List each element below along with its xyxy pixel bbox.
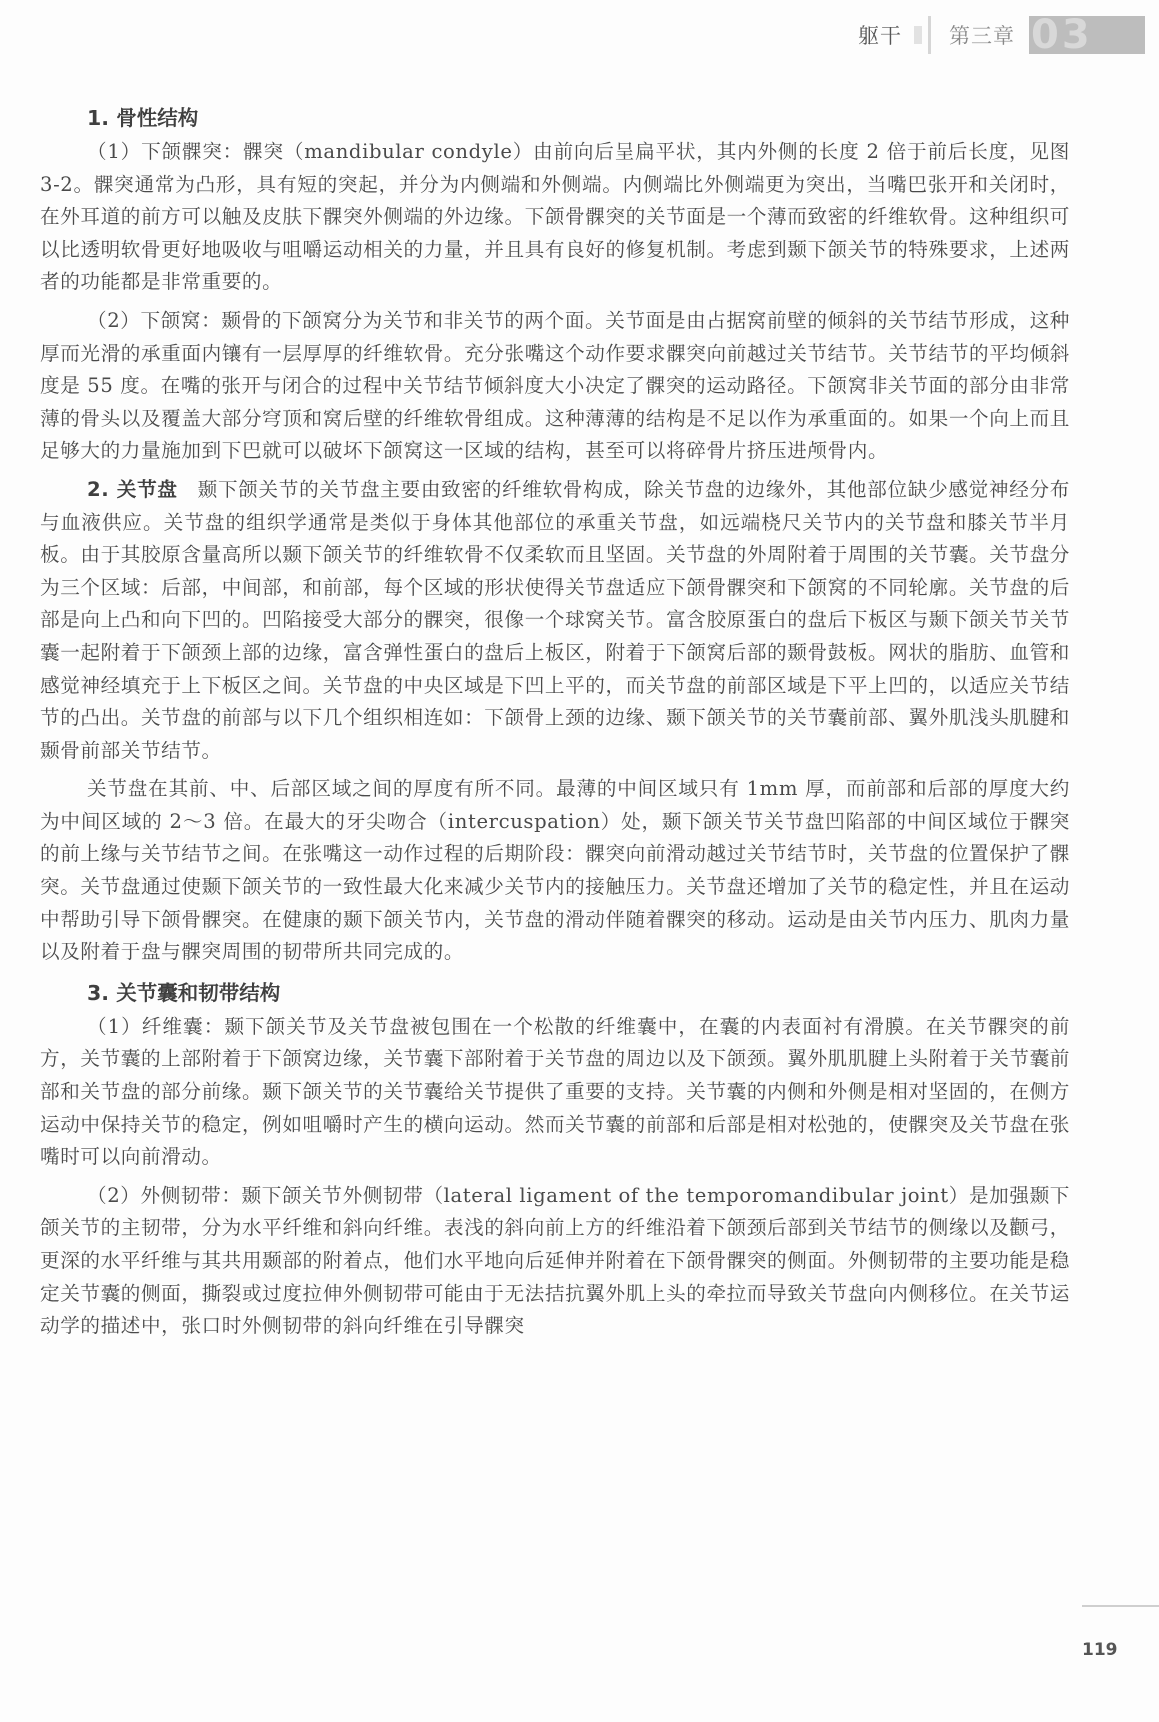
articular-disc-text: 颞下颌关节的关节盘主要由致密的纤维软骨构成，除关节盘的边缘外，其他部位缺少感觉神… [40,478,1070,762]
page-number: 119 [1082,1640,1118,1660]
page-body: 1. 骨性结构 （1）下颌髁突：髁突（mandibular condyle）由前… [40,100,1070,1343]
paragraph-disc-thickness: 关节盘在其前、中、后部区域之间的厚度有所不同。最薄的中间区域只有 1mm 厚，而… [40,773,1070,969]
header-divider [928,16,931,54]
section-heading-articular-disc: 2. 关节盘 [87,478,178,501]
paragraph-fibrous-capsule: （1）纤维囊：颞下颌关节及关节盘被包围在一个松散的纤维囊中，在囊的内表面衬有滑膜… [40,1011,1070,1174]
paragraph-mandibular-fossa: （2）下颌窝：颞骨的下颌窝分为关节和非关节的两个面。关节面是由占据窝前壁的倾斜的… [40,305,1070,468]
running-header: 躯干 第三章 03 [858,10,1159,60]
paragraph-articular-disc: 2. 关节盘颞下颌关节的关节盘主要由致密的纤维软骨构成，除关节盘的边缘外，其他部… [40,474,1070,767]
chapter-number-badge: 03 [1029,16,1145,54]
paragraph-mandibular-condyle: （1）下颌髁突：髁突（mandibular condyle）由前向后呈扁平状，其… [40,136,1070,299]
running-header-part: 躯干 [858,20,902,50]
paragraph-lateral-ligament: （2）外侧韧带：颞下颌关节外侧韧带（lateral ligament of th… [40,1180,1070,1343]
header-decoration [914,26,922,44]
book-page: 躯干 第三章 03 1. 骨性结构 （1）下颌髁突：髁突（mandibular … [0,0,1159,1722]
footer-rule [1082,1605,1159,1607]
section-heading-capsule-ligaments: 3. 关节囊和韧带结构 [40,975,1070,1011]
running-header-chapter: 第三章 [949,20,1015,50]
section-heading-bony-structure: 1. 骨性结构 [40,100,1070,136]
